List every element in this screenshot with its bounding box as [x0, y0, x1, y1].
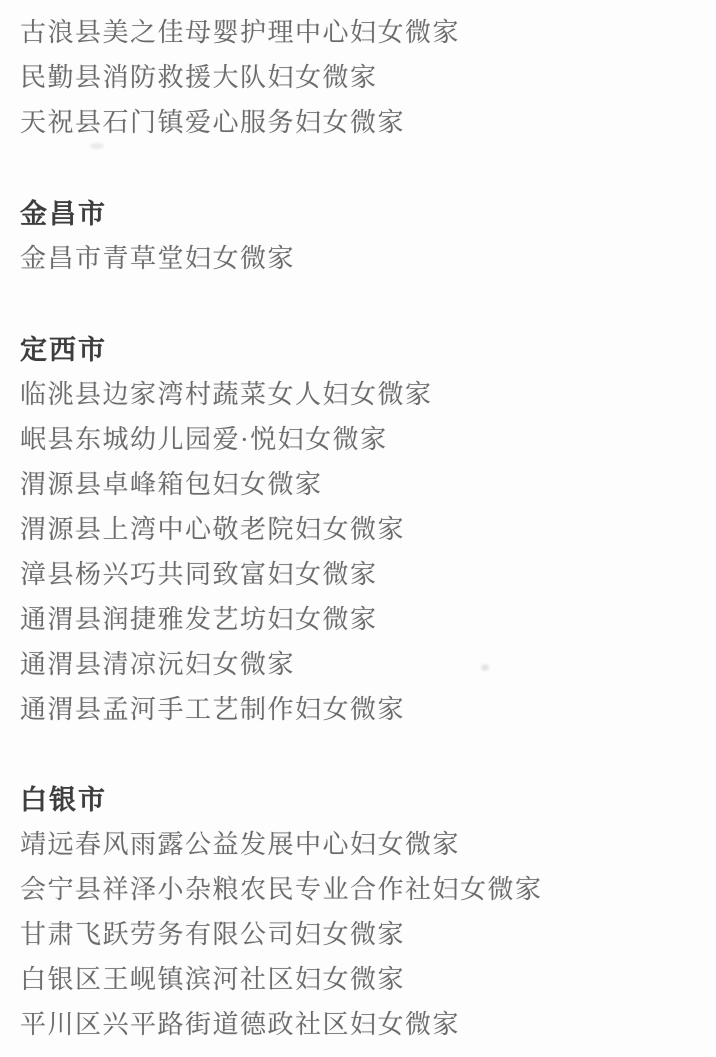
section-header-jinchang: 金昌市 — [20, 189, 696, 234]
list-item: 靖远春风雨露公益发展中心妇女微家 — [20, 820, 696, 865]
list-item: 通渭县孟河手工艺制作妇女微家 — [20, 685, 696, 730]
list-item: 临洮县边家湾村蔬菜女人妇女微家 — [20, 370, 696, 415]
list-item: 古浪县美之佳母婴护理中心妇女微家 — [20, 8, 696, 53]
list-item: 平川区兴平路街道德政社区妇女微家 — [20, 1000, 696, 1045]
list-item: 岷县东城幼儿园爱·悦妇女微家 — [20, 415, 696, 460]
list-item: 会宁县祥泽小杂粮农民专业合作社妇女微家 — [20, 865, 696, 910]
list-item: 漳县杨兴巧共同致富妇女微家 — [20, 550, 696, 595]
list-item: 渭源县上湾中心敬老院妇女微家 — [20, 505, 696, 550]
section-header-dingxi: 定西市 — [20, 325, 696, 370]
section-header-baiyin: 白银市 — [20, 775, 696, 820]
document-page: 古浪县美之佳母婴护理中心妇女微家 民勤县消防救援大队妇女微家 天祝县石门镇爱心服… — [0, 0, 716, 1045]
list-item: 通渭县清凉沅妇女微家 — [20, 640, 696, 685]
list-item: 渭源县卓峰箱包妇女微家 — [20, 460, 696, 505]
list-item: 通渭县润捷雅发艺坊妇女微家 — [20, 595, 696, 640]
list-item: 天祝县石门镇爱心服务妇女微家 — [20, 98, 696, 143]
list-item: 白银区王岘镇滨河社区妇女微家 — [20, 955, 696, 1000]
list-item: 民勤县消防救援大队妇女微家 — [20, 53, 696, 98]
list-item: 金昌市青草堂妇女微家 — [20, 234, 696, 279]
list-item: 甘肃飞跃劳务有限公司妇女微家 — [20, 910, 696, 955]
